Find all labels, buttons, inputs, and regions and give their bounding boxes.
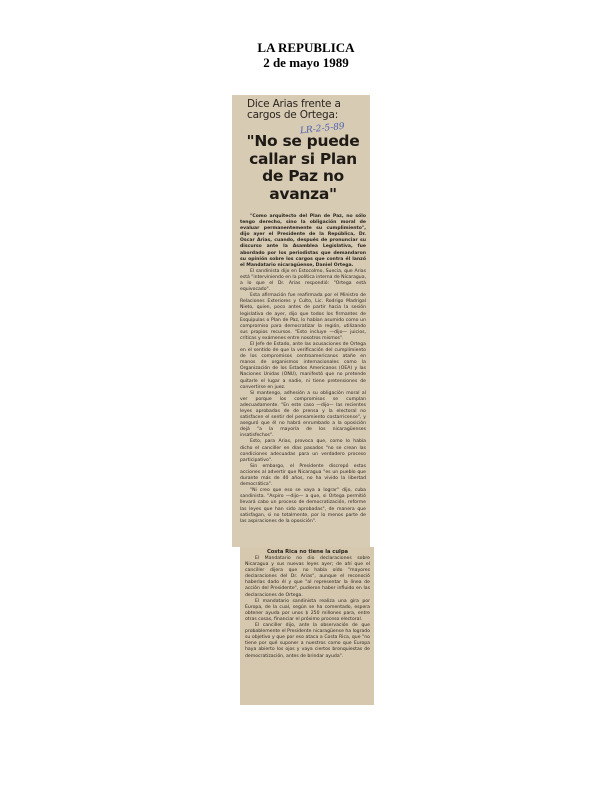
- article-body-upper: "Como arquitecto del Plan de Paz, no sól…: [240, 214, 366, 525]
- paragraph: El canciller dijo, ante la observación d…: [245, 623, 370, 660]
- paragraph: El sandinista dijo en Estocolmo, Suecia,…: [240, 269, 366, 293]
- clipping-upper: Dice Arias frente a cargos de Ortega: LR…: [232, 95, 370, 547]
- article-kicker: Dice Arias frente a cargos de Ortega:: [247, 99, 369, 121]
- paragraph: El Mandatario no dio declaraciones sobre…: [245, 556, 370, 599]
- article-subhead: Costa Rica no tiene la culpa: [245, 549, 370, 556]
- paragraph: El mandatario sandinista realiza una gir…: [245, 599, 370, 623]
- article-headline: "No se puede callar si Plan de Paz no av…: [238, 133, 368, 203]
- paragraph: Sí mantengo, adhesión a su obligación mo…: [240, 391, 366, 440]
- masthead: LA REPUBLICA 2 de mayo 1989: [0, 40, 612, 70]
- publication-name: LA REPUBLICA: [0, 40, 612, 55]
- clipping-lower: Costa Rica no tiene la culpa El Mandatar…: [240, 547, 374, 705]
- paragraph: "Como arquitecto del Plan de Paz, no sól…: [240, 214, 366, 269]
- paragraph: El Jefe de Estado, ante las acusaciones …: [240, 342, 366, 391]
- article-body-lower: Costa Rica no tiene la culpa El Mandatar…: [245, 549, 370, 660]
- paragraph: Sin embargo, el Presidente discrepó esta…: [240, 464, 366, 488]
- paragraph: "Ni creo que eso se vaya a lograr" dijo,…: [240, 488, 366, 525]
- paragraph: Esta afirmación fue reafirmada por el Mi…: [240, 293, 366, 342]
- paragraph: Esto, para Arias, provoca que, como lo h…: [240, 439, 366, 463]
- publication-date: 2 de mayo 1989: [0, 55, 612, 70]
